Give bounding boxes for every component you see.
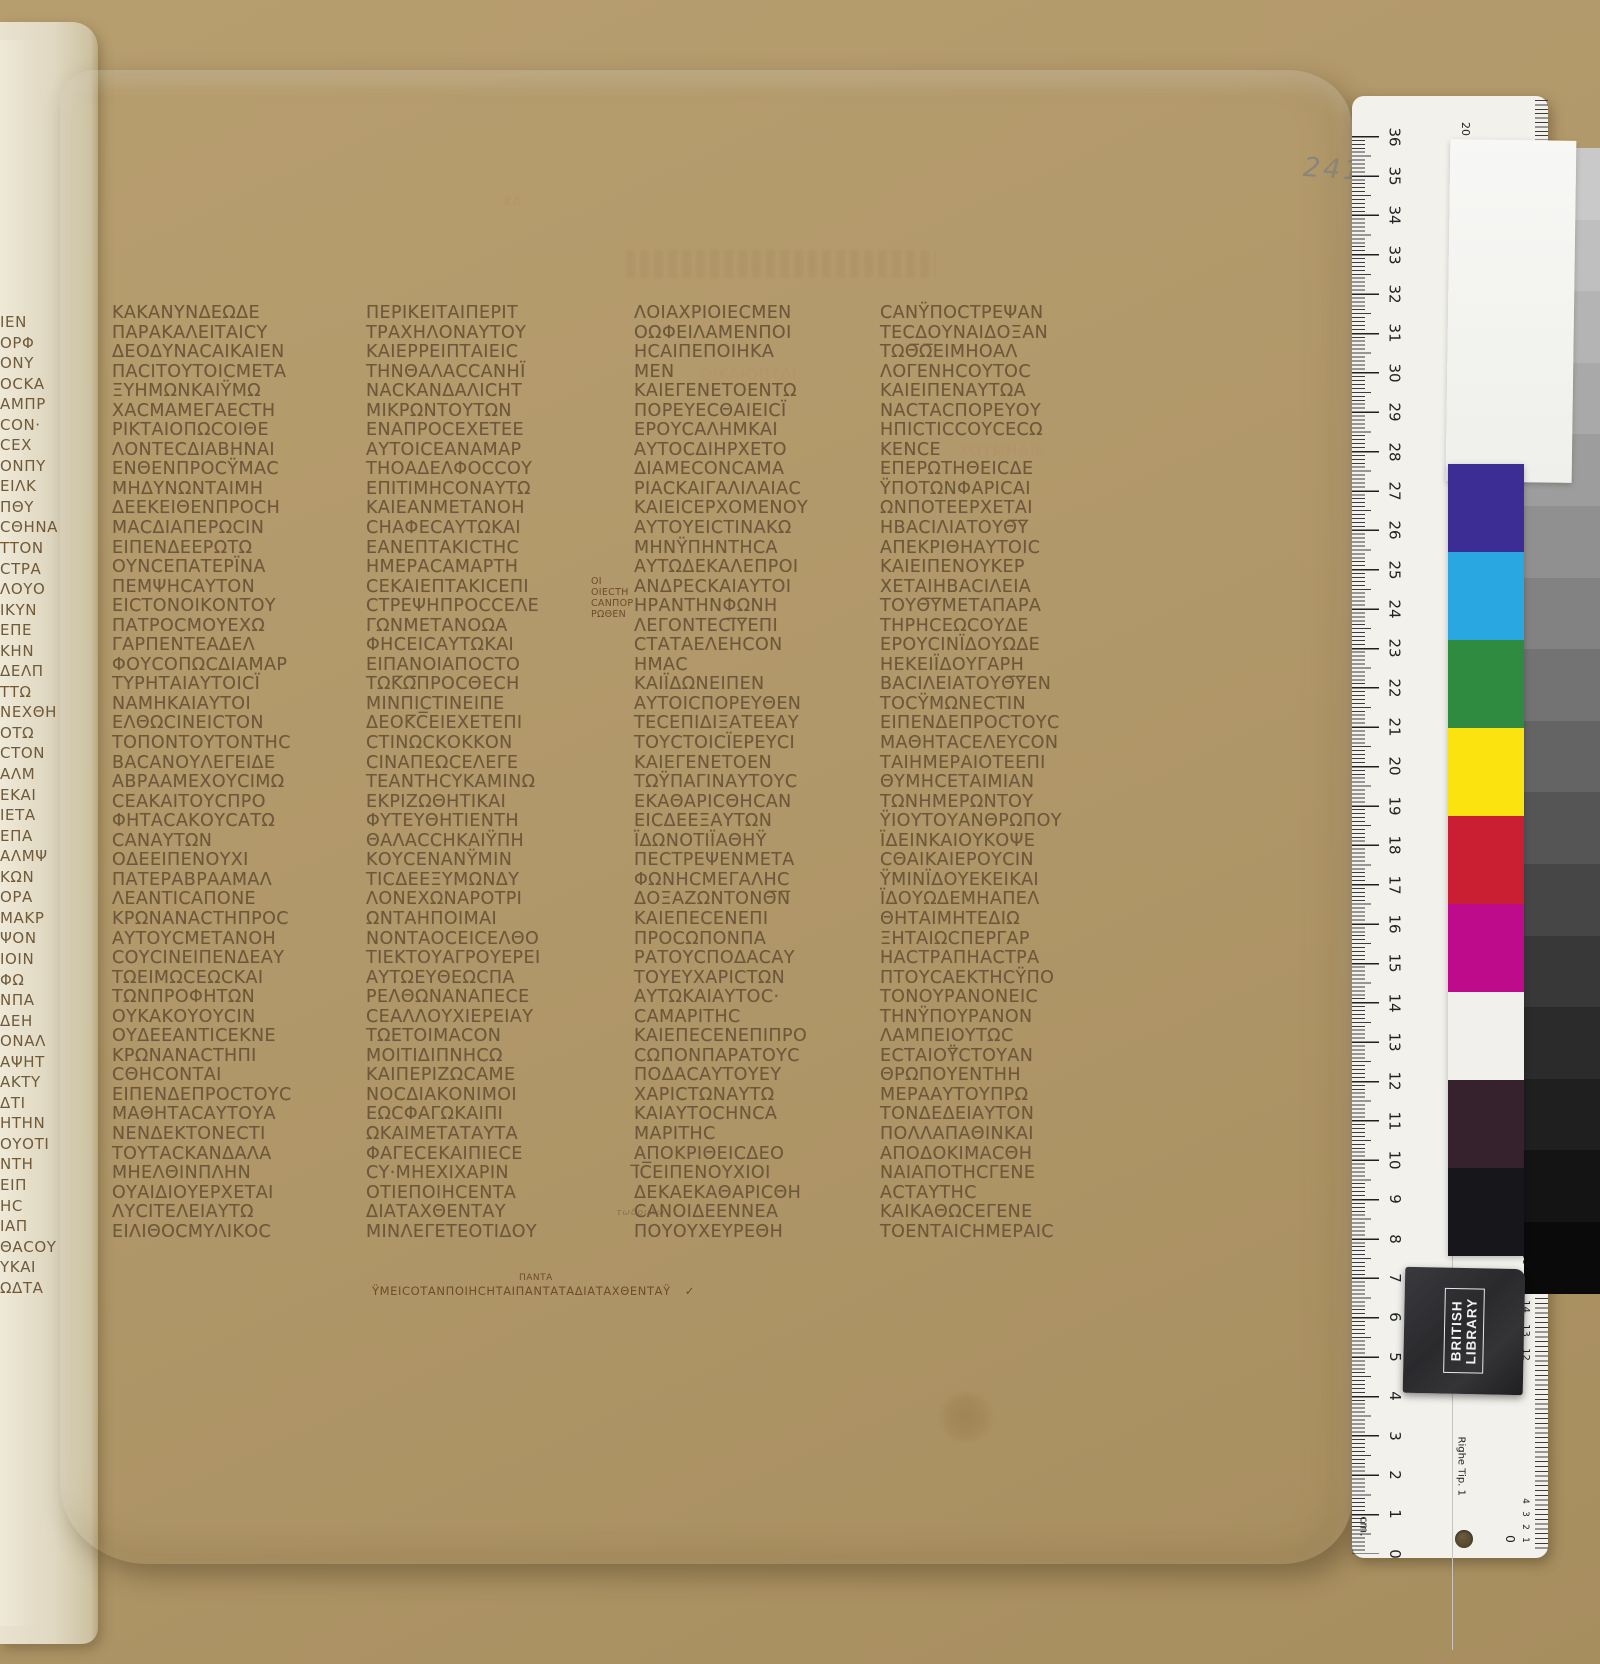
color-patch (1448, 904, 1524, 992)
manuscript-line: ΠΟΥΟΥΧΕΥΡΕΘΗ (634, 1223, 880, 1243)
erased-text-col4: ΧΟΥΜΗΔΙΕ (958, 442, 1046, 460)
manuscript-line: ΧΕΤΑΙΗΒΑCΙΛΕΙΑ (880, 578, 1126, 598)
ruler-cm-ticks (1352, 136, 1379, 1554)
manuscript-line: ΠΕCΤΡΕΨΕΝΜΕΤΑ (634, 851, 880, 871)
cm-number: 29 (1382, 393, 1408, 432)
manuscript-line: ΕΚΑΘΑΡΙCΘΗCΑΝ (634, 793, 880, 813)
manuscript-line: ΩΝΤΑΗΠΟΙΜΑΙ (366, 910, 612, 930)
manuscript-line: ΤΩΫΠΑΓΙΝΑΥΤΟΥC (634, 773, 880, 793)
manuscript-line: ΟΥΑΙΔΙΟΥΕΡΧΕΤΑΙ (112, 1184, 358, 1204)
manuscript-line: ΧΑΡΙCΤΩΝΑΥΤΩ (634, 1086, 880, 1106)
manuscript-line: CΑΝΟΙΔΕΕΝΝΕΑ (634, 1203, 880, 1223)
margin-note-line: ΟΙ (591, 576, 651, 587)
photograph-backdrop: ΙΕΝΟΡΦΟΝΥΟCΚΑΑΜΠΡCΟΝ·CΕΧΟΝΠΥΕΙΛΚΠΘΥCΘΗΝΑ… (0, 0, 1600, 1664)
manuscript-line: ΚΑΙΕΡΡΕΙΠΤΑΙΕΙC (366, 343, 612, 363)
manuscript-line: ΤΕCΕΠΙΔΙΞΑΤΕΕΑΥ (634, 714, 880, 734)
manuscript-line: ΡΙΑCΚΑΙΓΑΛΙΛΑΙΑC (634, 480, 880, 500)
manuscript-line: ΤΕΑΝΤΗCΥΚΑΜΙΝΩ (366, 773, 612, 793)
manuscript-line: ΜΙΝΠΙCΤΙΝΕΙΠΕ (366, 695, 612, 715)
manuscript-line: CΕΚΑΙΕΠΤΑΚΙCΕΠΙ (366, 578, 612, 598)
fragment-line: ΝΕΧΘΗ (0, 702, 64, 723)
text-column-2: ΠΕΡΙΚΕΙΤΑΙΠΕΡΙΤΤΡΑΧΗΛΟΝΑΥΤΟΥΚΑΙΕΡΡΕΙΠΤΑΙ… (366, 304, 612, 1242)
cm-number: 20 (1382, 747, 1408, 786)
cm-number: 27 (1382, 471, 1408, 510)
margin-note-line: ΟΙΕCΤΗ (591, 587, 651, 598)
manuscript-line: ΕΡΟΥCΙΝΪΔΟΥΩΔΕ (880, 636, 1126, 656)
corrector-scribble: τωδουλω (616, 1208, 665, 1218)
manuscript-line: ΑΒΡΑΑΜΕΧΟΥCΙΜΩ (112, 773, 358, 793)
manuscript-line: ΠΕΜΨΗCΑΥΤΟΝ (112, 578, 358, 598)
manuscript-line: ΛΟΓΕΝΗCΟΥΤΟC (880, 363, 1126, 383)
fragment-line: ΔΕΗ (0, 1011, 64, 1032)
manuscript-line: ΤΙCΔΕΕΞΥΜΩΝΔΥ (366, 871, 612, 891)
right-scale-number: 4 (1517, 1494, 1533, 1507)
margin-note-line: CΑΝΠΟΡ (591, 598, 651, 609)
manuscript-line: ΚΑΙΠΕΡΙΖΩCΑΜΕ (366, 1066, 612, 1086)
gray-step (1524, 1007, 1600, 1079)
manuscript-line: ΤΩΝΠΡΟΦΗΤΩΝ (112, 988, 358, 1008)
footer-insertion-word: ΠΑΝΤΑ (519, 1273, 553, 1283)
fragment-line: ΔΤΙ (0, 1093, 64, 1114)
manuscript-line: ΛΟΙΑΧΡΙΟΙΕCΜΕΝ (634, 304, 880, 324)
cm-number: 21 (1382, 707, 1408, 746)
manuscript-line: ΗΡΑΝΤΗΝΦΩΝΗ (634, 597, 880, 617)
color-patch (1448, 1168, 1524, 1256)
manuscript-line: ΞΗΤΑΙΩCΠΕΡΓΑΡ (880, 930, 1126, 950)
fragment-line: ΟΝΑΛ (0, 1031, 64, 1052)
fragment-line: ΙΑΠ (0, 1216, 64, 1237)
manuscript-line: ΗΑCΤΡΑΠΗΑCΤΡΑ (880, 949, 1126, 969)
manuscript-line: ΞΥΗΜΩΝΚΑΙΫΜΩ (112, 382, 358, 402)
manuscript-line: ΑΥΤΩΔΕΚΑΛΕΠΡΟΙ (634, 558, 880, 578)
fragment-line: ΙΕΤΑ (0, 805, 64, 826)
manuscript-line: ΚΑΙΕΑΝΜΕΤΑΝΟΗ (366, 499, 612, 519)
manuscript-line: ΪΔΕΙΝΚΑΙΟΥΚΟΨΕ (880, 832, 1126, 852)
fragment-line: ΟΝΥ (0, 353, 64, 374)
manuscript-line: ΝΟCΔΙΑΚΟΝΙΜΟΙ (366, 1086, 612, 1106)
cm-number: 18 (1382, 825, 1408, 864)
manuscript-line: ΕΙΠΕΝΔΕΠΡΟCΤΟΥC (112, 1086, 358, 1106)
manuscript-line: ΦΟΥCΟΠΩCΔΙΑΜΑΡ (112, 656, 358, 676)
manuscript-line: ΛΟΝΕΧΩΝΑΡΟΤΡΙ (366, 890, 612, 910)
manuscript-line: ΕΛΘΩCΙΝΕΙCΤΟΝ (112, 714, 358, 734)
cm-number: 31 (1382, 314, 1408, 353)
manuscript-line: CΕΑΚΑΙΤΟΥCΠΡΟ (112, 793, 358, 813)
text-column-1: ΚΑΚΑΝΥΝΔΕΩΔΕΠΑΡΑΚΑΛΕΙΤΑΙCΥΔΕΟΔΥΝΑCΑΙΚΑΙΕ… (112, 304, 358, 1242)
fragment-line: CΟΝ· (0, 415, 64, 436)
manuscript-line: CΑΜΑΡΙΤΗC (634, 1008, 880, 1028)
manuscript-line: ΠΟΡΕΥΕCΘΑΙΕΙCΪ (634, 402, 880, 422)
manuscript-line: ΕΚΡΙΖΩΘΗΤΙΚΑΙ (366, 793, 612, 813)
manuscript-line: ΕΑΝΕΠΤΑΚΙCΤΗC (366, 539, 612, 559)
manuscript-line: ΟΥΔΕΕΑΝΤΙCΕΚΝΕ (112, 1027, 358, 1047)
text-column-3: ΛΟΙΑΧΡΙΟΙΕCΜΕΝΟΩΦΕΙΛΑΜΕΝΠΟΙΗCΑΙΠΕΠΟΙΗΚΑΜ… (634, 304, 880, 1242)
fragment-line: ΕΚΑΙ (0, 785, 64, 806)
manuscript-line: CΑΝΑΥΤΩΝ (112, 832, 358, 852)
footer-corrector-line: ΫΜΕΙCΟΤΑΝΠΟΙΗCΗΤΑΙΠΑΝΤΑΤΑΔΙΑΤΑΧΘΕΝΤΑΫ✓ (372, 1284, 695, 1298)
manuscript-line: ΕΝΘΕΝΠΡΟCΫΜΑC (112, 460, 358, 480)
fragment-line: ΩΔΤΑ (0, 1278, 64, 1299)
fragment-line: ΝΤΗ (0, 1154, 64, 1175)
manuscript-line: ΤΟCΫΜΩΝΕCΤΙΝ (880, 695, 1126, 715)
manuscript-line: ΝΑCΚΑΝΔΑΛΙCΗΤ (366, 382, 612, 402)
erased-text-col3: ΟΙΚΛΙΟΠΤΛΙ (700, 365, 798, 383)
manuscript-line: ΘΡΩΠΟΥΕΝΤΗΗ (880, 1066, 1126, 1086)
manuscript-line: CΘΑΙΚΑΙΕΡΟΥCΙΝ (880, 851, 1126, 871)
fragment-line: ΙΕΝ (0, 312, 64, 333)
manuscript-line: ΝΕΝΔΕΚΤΟΝΕCΤΙ (112, 1125, 358, 1145)
cm-number: 2 (1382, 1455, 1408, 1494)
manuscript-line: ΦΗCΕΙCΑΥΤΩΚΑΙ (366, 636, 612, 656)
manuscript-line: ΕΡΟΥCΑΛΗΜΚΑΙ (634, 421, 880, 441)
parchment-stain (938, 1392, 994, 1442)
manuscript-line: ΜΟΙΤΙΔΙΠΝΗCΩ (366, 1047, 612, 1067)
cm-number: 1 (1382, 1495, 1408, 1534)
cm-number: 17 (1382, 865, 1408, 904)
manuscript-line: Ι̅C̅ΕΙΠΕΝΟΥΧΙΟΙ (634, 1164, 880, 1184)
manuscript-line: ΦΥΤΕΥΘΗΤΙΕΝΤΗ (366, 812, 612, 832)
manuscript-line: ΤΩΕΤΟΙΜΑCΟΝ (366, 1027, 612, 1047)
manuscript-line: ΚΑΙΕΙΠΕΝΟΥΚΕΡ (880, 558, 1126, 578)
manuscript-line: ΕΙCΔΕΕΞΑΥΤΩΝ (634, 812, 880, 832)
gray-step (1524, 721, 1600, 793)
british-library-label-line2: LIBRARY (1463, 1298, 1479, 1365)
manuscript-line: CΤΙΝΩCΚΟΚΚΟΝ (366, 734, 612, 754)
manuscript-line: ΕΠΙΤΙΜΗCΟΝΑΥΤΩ (366, 480, 612, 500)
gray-step (1524, 792, 1600, 864)
fragment-line: CΤΡΑ (0, 559, 64, 580)
manuscript-line: ΑΥΤΩΕΥΘΕΩCΠΑ (366, 969, 612, 989)
cm-number: 19 (1382, 786, 1408, 825)
right-scale-zero: 0 (1503, 1535, 1517, 1543)
gray-step (1524, 1222, 1600, 1294)
manuscript-line: ΚΑΙΪΔΩΝΕΙΠΕΝ (634, 675, 880, 695)
manuscript-line: ΕΙCΤΟΝΟΙΚΟΝΤΟΥ (112, 597, 358, 617)
manuscript-line: ΚΡΩΝΑΝΑCΤΗΠΡΟC (112, 910, 358, 930)
manuscript-line: ΛΑΜΠΕΙΟΥΤΩC (880, 1027, 1126, 1047)
manuscript-line: ΚΑΙΑΥΤΟCΗΝCΑ (634, 1105, 880, 1125)
fragment-line: ΟΡΑ (0, 887, 64, 908)
fragment-line: ΜΑΚΡ (0, 908, 64, 929)
fragment-line: ΑΨΗΤ (0, 1052, 64, 1073)
manuscript-line: ΚΑΙΕΓΕΝΕΤΟΕΝ (634, 754, 880, 774)
fragment-line: ΑΚΤΥ (0, 1072, 64, 1093)
manuscript-line: ΚΑΙΕΓΕΝΕΤΟΕΝΤΩ (634, 382, 880, 402)
manuscript-line: ΚΡΩΝΑΝΑCΤΗΠΙ (112, 1047, 358, 1067)
cm-number: 35 (1382, 156, 1408, 195)
manuscript-line: ΩΚΑΙΜΕΤΑΤΑΥΤΑ (366, 1125, 612, 1145)
manuscript-line: ΟΤΙΕΠΟΙΗCΕΝΤΑ (366, 1184, 612, 1204)
manuscript-line: ΔΟΞΑΖΩΝΤΟΝΘ̅Ν̅ (634, 890, 880, 910)
manuscript-line: CΤΡΕΨΗΠΡΟCCΕΛΕ (366, 597, 612, 617)
manuscript-line: ΚΑΙΕΠΕCΕΝΕΠΙ (634, 910, 880, 930)
manuscript-line: ΤΟΥΕΥΧΑΡΙCΤΩΝ (634, 969, 880, 989)
manuscript-line: ΫΙΟΥΤΟΥΑΝΘΡΩΠΟΥ (880, 812, 1126, 832)
manuscript-line: ΦΗΤΑCΑΚΟΥCΑΤΩ (112, 812, 358, 832)
manuscript-line: ΑΠΟΔΟΚΙΜΑCΘΗ (880, 1145, 1126, 1165)
manuscript-line: ΡΑΤΟΥCΠΟΔΑCΑΥ (634, 949, 880, 969)
manuscript-line: ΕΠΕΡΩΤΗΘΕΙCΔΕ (880, 460, 1126, 480)
manuscript-line: ΡΙΚΤΑΙΟΠΩCΟΙΘΕ (112, 421, 358, 441)
manuscript-line: ΤΩΕΙΜΩCΕΩCΚΑΙ (112, 969, 358, 989)
cm-number: 15 (1382, 944, 1408, 983)
manuscript-line: ΔΕΚΑΕΚΑΘΑΡΙCΘΗ (634, 1184, 880, 1204)
fragment-line: ΑΜΠΡ (0, 394, 64, 415)
manuscript-line: ΕΙΠΑΝΟΙΑΠΟCΤΟ (366, 656, 612, 676)
cm-number: 34 (1382, 196, 1408, 235)
manuscript-line: ΚΑΙΕΙCΕΡΧΟΜΕΝΟΥ (634, 499, 880, 519)
manuscript-line: ΝΟΝΤΑΟCΕΙCΕΛΘΟ (366, 930, 612, 950)
manuscript-line: ΑCΤΑΥΤΗC (880, 1184, 1126, 1204)
manuscript-line: ΑΝΔΡΕCΚΑΙΑΥΤΟΙ (634, 578, 880, 598)
manuscript-line: ΝΑΙΑΠΟΤΗCΓΕΝΕ (880, 1164, 1126, 1184)
fragment-line: CΕΧ (0, 435, 64, 456)
manuscript-line: ΪΔΟΥΩΔΕΜΗΑΠΕΛ (880, 890, 1126, 910)
manuscript-line: ΤΟΝΟΥΡΑΝΟΝΕΙC (880, 988, 1126, 1008)
manuscript-line: ΗΠΙCΤΙCCΟΥCΕCΩ (880, 421, 1126, 441)
fragment-line: CΤΟΝ (0, 743, 64, 764)
fragment-line: ΔΕΛΠ (0, 661, 64, 682)
manuscript-line: ΗCΑΙΠΕΠΟΙΗΚΑ (634, 343, 880, 363)
manuscript-line: ΓΩΝΜΕΤΑΝΟΩΑ (366, 617, 612, 637)
cm-number: 32 (1382, 274, 1408, 313)
cm-number: 0 (1382, 1534, 1408, 1573)
manuscript-line: ΤΡΑΧΗΛΟΝΑΥΤΟΥ (366, 324, 612, 344)
cm-number: 10 (1382, 1140, 1408, 1179)
fragment-line: ΤΤΩ (0, 682, 64, 703)
manuscript-line: ΠΤΟΥCΑΕΚΤΗCΫΠΟ (880, 969, 1126, 989)
cm-number: 26 (1382, 511, 1408, 550)
fragment-line: ΟΡΦ (0, 333, 64, 354)
fragment-line: ΕΠΑ (0, 826, 64, 847)
faint-quire-mark: ΚΔ (504, 194, 522, 208)
fragment-line: ΘΑCΟΥ (0, 1237, 64, 1258)
fragment-line: ΚΩΝ (0, 867, 64, 888)
manuscript-line: ΤΟΥCΤΟΙCΪΕΡΕΥCΙ (634, 734, 880, 754)
cm-number: 9 (1382, 1180, 1408, 1219)
manuscript-line: ΕCΤΑΙΟΫ̅CΤΟΥΑΝ (880, 1047, 1126, 1067)
manuscript-line: ΗΜΕΡΑCΑΜΑΡΤΗ (366, 558, 612, 578)
manuscript-line: ΠΑΡΑΚΑΛΕΙΤΑΙCΥ (112, 324, 358, 344)
cm-number: 24 (1382, 589, 1408, 628)
manuscript-line: ΔΙΑΤΑΧΘΕΝΤΑΥ (366, 1203, 612, 1223)
cm-number: 12 (1382, 1062, 1408, 1101)
color-patch (1448, 640, 1524, 728)
manuscript-line: ΕΝΑΠΡΟCΕΧΕΤΕΕ (366, 421, 612, 441)
fragment-line: ΟΤΩ (0, 723, 64, 744)
gray-step (1524, 1150, 1600, 1222)
manuscript-line: ΜΑΘΗΤΑCΑΥΤΟΥΑ (112, 1105, 358, 1125)
manuscript-line: ΚΑΙΕΙΠΕΝΑΥΤΩΑ (880, 382, 1126, 402)
manuscript-line: ΤΩΘ̅Ω̅ΕΙΜΗΟΑΛ (880, 343, 1126, 363)
manuscript-line: ΜΗΔΥΝΩΝΤΑΙΜΗ (112, 480, 358, 500)
manuscript-line: ΠΑΤΡΟCΜΟΥΕΧΩ (112, 617, 358, 637)
manuscript-line: ΧΑCΜΑΜΕΓΑΕCΤΗ (112, 402, 358, 422)
manuscript-line: ΒΑCΙΛΕΙΑΤΟΥΘ̅Υ̅ΕΝ (880, 675, 1126, 695)
fragment-line: ΑΛΜΨ (0, 846, 64, 867)
manuscript-line: ΔΕΟΔΥΝΑCΑΙΚΑΙΕΝ (112, 343, 358, 363)
cm-number: 33 (1382, 235, 1408, 274)
color-patch (1448, 1080, 1524, 1168)
manuscript-line: ΤΗΝΫΠΟΥΡΑΝΟΝ (880, 1008, 1126, 1028)
manuscript-line: ΜΙΝΛΕΓΕΤΕΟΤΙΔΟΥ (366, 1223, 612, 1243)
manuscript-line: CΥ·ΜΗΕΧΙΧΑΡΙΝ (366, 1164, 612, 1184)
manuscript-line: ΑΠΟΚΡΙΘΕΙCΔΕΟ (634, 1145, 880, 1165)
cm-number: 14 (1382, 983, 1408, 1022)
manuscript-line: ΘΗΤΑΙΜΗΤΕΔΙΩ (880, 910, 1126, 930)
manuscript-line: ΗΒΑCΙΛΙΑΤΟΥΘ̅Υ̅ (880, 519, 1126, 539)
manuscript-line: CΘΗCΟΝΤΑΙ (112, 1066, 358, 1086)
manuscript-line: ΜΗΝΫΠΗΝΤΗCΑ (634, 539, 880, 559)
cm-number: 8 (1382, 1219, 1408, 1258)
corrector-margin-note: ΟΙΟΙΕCΤΗCΑΝΠΟΡΡΩΘΕΝ (591, 576, 651, 620)
manuscript-line: ΤΟΕΝΤΑΙCΗΜΕΡΑΙC (880, 1223, 1126, 1243)
manuscript-line: ΤΟΠΟΝΤΟΥΤΟΝΤΗC (112, 734, 358, 754)
cm-number: 23 (1382, 629, 1408, 668)
manuscript-line: ΠΟΔΑCΑΥΤΟΥΕΥ (634, 1066, 880, 1086)
gray-step (1524, 1079, 1600, 1151)
manuscript-line: ΟΥΝCΕΠΑΤΕΡΪΝΑ (112, 558, 358, 578)
manuscript-line: ΠΡΟCΩΠΟΝΠΑ (634, 930, 880, 950)
manuscript-line: ΫΠΟΤΩΝΦΑΡΙCΑΙ (880, 480, 1126, 500)
manuscript-line: ΛΟΝΤΕCΔΙΑΒΗΝΑΙ (112, 441, 358, 461)
manuscript-line: ΜΗΕΛΘΙΝΠΛΗΝ (112, 1164, 358, 1184)
fragment-line: ΕΠΕ (0, 620, 64, 641)
show-through-smudge (626, 250, 936, 278)
manuscript-line: ΤΗΝΘΑΛΑCCΑΝΗΪ (366, 363, 612, 383)
manuscript-line: CΩΠΟΝΠΑΡΑΤΟΥC (634, 1047, 880, 1067)
gray-step (1524, 578, 1600, 650)
fragment-line: ΦΩ (0, 970, 64, 991)
manuscript-line: ΚΟΥCΕΝΑΝΫΜΙΝ (366, 851, 612, 871)
manuscript-line: ΗΕΚΕΙΪΔΟΥΓΑΡΗ (880, 656, 1126, 676)
fragment-line: ΤΤΟΝ (0, 538, 64, 559)
manuscript-line: ΜΙΚΡΩΝΤΟΥΤΩΝ (366, 402, 612, 422)
manuscript-line: ΒΑCΑΝΟΥΛΕΓΕΙΔΕ (112, 754, 358, 774)
fragment-line: ΟΥΟΤΙ (0, 1134, 64, 1155)
cm-number: 28 (1382, 432, 1408, 471)
manuscript-line: ΩΝΠΟΤΕΕΡΧΕΤΑΙ (880, 499, 1126, 519)
manuscript-line: ΫΜΙΝΪΔΟΥΕΚΕΙΚΑΙ (880, 871, 1126, 891)
fragment-line: ΟΝΠΥ (0, 456, 64, 477)
manuscript-line: ΚΑΚΑΝΥΝΔΕΩΔΕ (112, 304, 358, 324)
manuscript-line: ΟΔΕΕΙΠΕΝΟΥΧΙ (112, 851, 358, 871)
gray-step (1524, 936, 1600, 1008)
manuscript-line: ΑΥΤΩΚΑΙΑΥΤΟC· (634, 988, 880, 1008)
manuscript-line: ΜΑCΔΙΑΠΕΡΩCΙΝ (112, 519, 358, 539)
color-calibration-patches (1448, 464, 1524, 1256)
manuscript-line: ΜΑΡΙΤΗC (634, 1125, 880, 1145)
manuscript-line: ΤΟΝΔΕΔΕΙΑΥΤΟΝ (880, 1105, 1126, 1125)
previous-leaf-text-fragments: ΙΕΝΟΡΦΟΝΥΟCΚΑΑΜΠΡCΟΝ·CΕΧΟΝΠΥΕΙΛΚΠΘΥCΘΗΝΑ… (0, 312, 64, 1302)
right-scale-number: 2 (1517, 1520, 1533, 1533)
fragment-line: ΨΟΝ (0, 928, 64, 949)
fragment-line: ΕΙΛΚ (0, 476, 64, 497)
manuscript-line: ΤΗΡΗCΕΩCΟΥΔΕ (880, 617, 1126, 637)
manuscript-line: ΔΕΕΚΕΙΘΕΝΠΡΟCΗ (112, 499, 358, 519)
ruler-right-lower-numbers: 4321 (1517, 1494, 1533, 1546)
manuscript-line: ΑΥΤΟΥCΜΕΤΑΝΟΗ (112, 930, 358, 950)
manuscript-line: ΡΕΛΘΩΝΑΝΑΠΕCΕ (366, 988, 612, 1008)
white-calibration-card (1446, 139, 1577, 483)
parchment-page: 241 ΚΔ ΚΑΚΑΝΥΝΔΕΩΔΕΠΑΡΑΚΑΛΕΙΤΑΙCΥΔΕΟΔΥΝΑ… (60, 70, 1352, 1564)
cm-number: 3 (1382, 1416, 1408, 1455)
manuscript-line: ΕΙΠΕΝΔΕΕΡΩΤΩ (112, 539, 358, 559)
manuscript-line: CΗΑΦΕCΑΥΤΩΚΑΙ (366, 519, 612, 539)
manuscript-line: ΪΔΩΝΟΤΙΪΑΘΗΫ (634, 832, 880, 852)
fragment-line: ΗC (0, 1196, 64, 1217)
fragment-line: ΙΚΥΝ (0, 600, 64, 621)
manuscript-line: ΠΕΡΙΚΕΙΤΑΙΠΕΡΙΤ (366, 304, 612, 324)
manuscript-line: ΚΑΙΕΠΕCΕΝΕΠΙΠΡΟ (634, 1027, 880, 1047)
manuscript-line: ΔΕΟΚ̅C̅ΕΙΕΧΕΤΕΠΙ (366, 714, 612, 734)
gray-step (1524, 649, 1600, 721)
fragment-line: ΚΗΝ (0, 641, 64, 662)
fragment-line: CΘΗΝΑ (0, 517, 64, 538)
manuscript-line: ΕΩCΦΑΓΩΚΑΙΠΙ (366, 1105, 612, 1125)
british-library-label: BRITISH LIBRARY (1443, 1288, 1485, 1373)
manuscript-line: ΤΕCΔΟΥΝΑΙΔΟΞΑΝ (880, 324, 1126, 344)
manuscript-line: ΟΥΚΑΚΟΥΟΥCΙΝ (112, 1008, 358, 1028)
fragment-line: ΑΛΜ (0, 764, 64, 785)
footer-corrector-text: ΫΜΕΙCΟΤΑΝΠΟΙΗCΗΤΑΙΠΑΝΤΑΤΑΔΙΑΤΑΧΘΕΝΤΑΫ (372, 1284, 671, 1298)
manuscript-line: CΤΑΤΑΕΛΕΗCΟΝ (634, 636, 880, 656)
ruler-hole (1455, 1530, 1473, 1548)
manuscript-line: ΘΑΛΑCCΗΚΑΙΫΠΗ (366, 832, 612, 852)
right-scale-number: 1 (1517, 1533, 1533, 1546)
manuscript-line: ΛΕΑΝΤΙCΑΠΟΝΕ (112, 890, 358, 910)
manuscript-line: ΦΑΓΕCΕΚΑΙΠΙΕCΕ (366, 1145, 612, 1165)
british-library-label-line1: BRITISH (1448, 1297, 1464, 1364)
manuscript-line: ΓΑΡΠΕΝΤΕΑΔΕΛ (112, 636, 358, 656)
fragment-line: ΟCΚΑ (0, 374, 64, 395)
manuscript-line: ΤΟΥΘ̅Υ̅ΜΕΤΑΠΑΡΑ (880, 597, 1126, 617)
manuscript-line: ΤΙΕΚΤΟΥΑΓΡΟΥΕΡΕΙ (366, 949, 612, 969)
color-patch (1448, 728, 1524, 816)
margin-note-line: ΡΩΘΕΝ (591, 609, 651, 620)
manuscript-line: ΑΥΤΟCΔΙΗΡΧΕΤΟ (634, 441, 880, 461)
manuscript-line: ΗΜΑC (634, 656, 880, 676)
manuscript-line: ΤΩΝΗΜΕΡΩΝΤΟΥ (880, 793, 1126, 813)
manuscript-line: COΥCΙΝΕΙΠΕΝΔΕΑΥ (112, 949, 358, 969)
manuscript-line: ΤΗΟΑΔΕΛΦΟCCΟΥ (366, 460, 612, 480)
cm-number: 11 (1382, 1101, 1408, 1140)
british-library-clip: BRITISH LIBRARY (1403, 1267, 1526, 1395)
cm-number: 36 (1382, 117, 1408, 156)
color-patch (1448, 816, 1524, 904)
ruler-topright-ticks (1535, 100, 1548, 140)
cm-number: 30 (1382, 353, 1408, 392)
manuscript-line: ΑΥΤΟΥΕΙCΤΙΝΑΚΩ (634, 519, 880, 539)
gray-step (1524, 864, 1600, 936)
manuscript-line: ΕΙΠΕΝΔΕΠΡΟCΤΟΥC (880, 714, 1126, 734)
color-patch (1448, 552, 1524, 640)
manuscript-line: CΙΝΑΠΕΩCΕΛΕΓΕ (366, 754, 612, 774)
fragment-line: ΠΘΥ (0, 497, 64, 518)
footer-check-mark: ✓ (685, 1284, 695, 1298)
cm-number: 16 (1382, 904, 1408, 943)
manuscript-line: ΦΩΝΗCΜΕΓΑΛΗC (634, 871, 880, 891)
cm-number: 25 (1382, 550, 1408, 589)
manuscript-line: ΘΥΜΗCΕΤΑΙΜΙΑΝ (880, 773, 1126, 793)
right-scale-number: 3 (1517, 1507, 1533, 1520)
fragment-line: ΕΙΠ (0, 1175, 64, 1196)
manuscript-line: ΠΑΤΕΡΑΒΡΑΑΜΑΛ (112, 871, 358, 891)
manuscript-line: ΝΑCΤΑCΠΟΡΕΥΟΥ (880, 402, 1126, 422)
manuscript-line: ΟΩΦΕΙΛΑΜΕΝΠΟΙ (634, 324, 880, 344)
manuscript-line: ΛΥCΙΤΕΛΕΙΑΥΤΩ (112, 1203, 358, 1223)
manuscript-line: CΕΑΛΛΟΥΧΙΕΡΕΙΑΥ (366, 1008, 612, 1028)
